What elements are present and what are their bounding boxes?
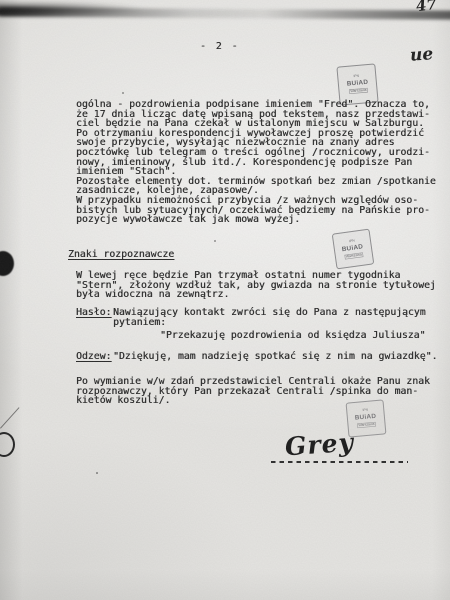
archive-stamp: IPN BUiAD Warszawa (332, 229, 375, 270)
paragraph-stern-magazine: W lewej ręce będzie Pan trzymał ostatni … (76, 271, 448, 300)
scanned-document-page: 47 ue - 2 - IPN BUiAD Warszawa IPN BUiAD… (0, 0, 450, 600)
handwritten-initials-mark: ue (409, 44, 434, 66)
stamp-line-buiad: BUiAD (355, 413, 377, 422)
scan-shadow-top-left (0, 1, 142, 17)
paragraph-correspondence-instructions: ogólna - pozdrowienia podpisane imieniem… (76, 100, 448, 225)
paper-speck (96, 472, 98, 474)
hole-punch-bottom (0, 432, 15, 457)
stamp-line-warszawa: Warszawa (357, 422, 376, 428)
hole-punch-top (0, 251, 14, 276)
paper-speck (122, 92, 124, 94)
odzew-label: Odzew: (76, 352, 111, 362)
odzew-text: "Dziękuję, mam nadzieję spotkać się z ni… (113, 352, 448, 362)
paper-speck (214, 240, 216, 242)
stamp-line-ipn: IPN (349, 239, 355, 242)
signature-dashed-line (271, 461, 408, 463)
paragraph-centrala-sign: Po wymianie w/w zdań przedstawiciel Cent… (76, 377, 448, 406)
haslo-text: Nawiązujący kontakt zwróci się do Pana z… (113, 308, 448, 327)
haslo-quote: "Przekazuję pozdrowienia od księdza Juli… (160, 331, 448, 341)
page-number: - 2 - (200, 42, 240, 52)
section-header-znaki-rozpoznawcze: Znaki rozpoznawcze (68, 250, 174, 260)
stamp-line-buiad: BUiAD (346, 79, 368, 88)
stamp-line-warszawa: Warszawa (344, 252, 363, 259)
pen-scratch-mark (0, 407, 20, 429)
stamp-line-warszawa: Warszawa (349, 88, 368, 94)
signature-grey: Grey (284, 428, 355, 462)
haslo-label: Hasło: (76, 308, 111, 318)
stamp-line-buiad: BUiAD (342, 243, 364, 253)
paper-grain-texture (0, 0, 450, 600)
